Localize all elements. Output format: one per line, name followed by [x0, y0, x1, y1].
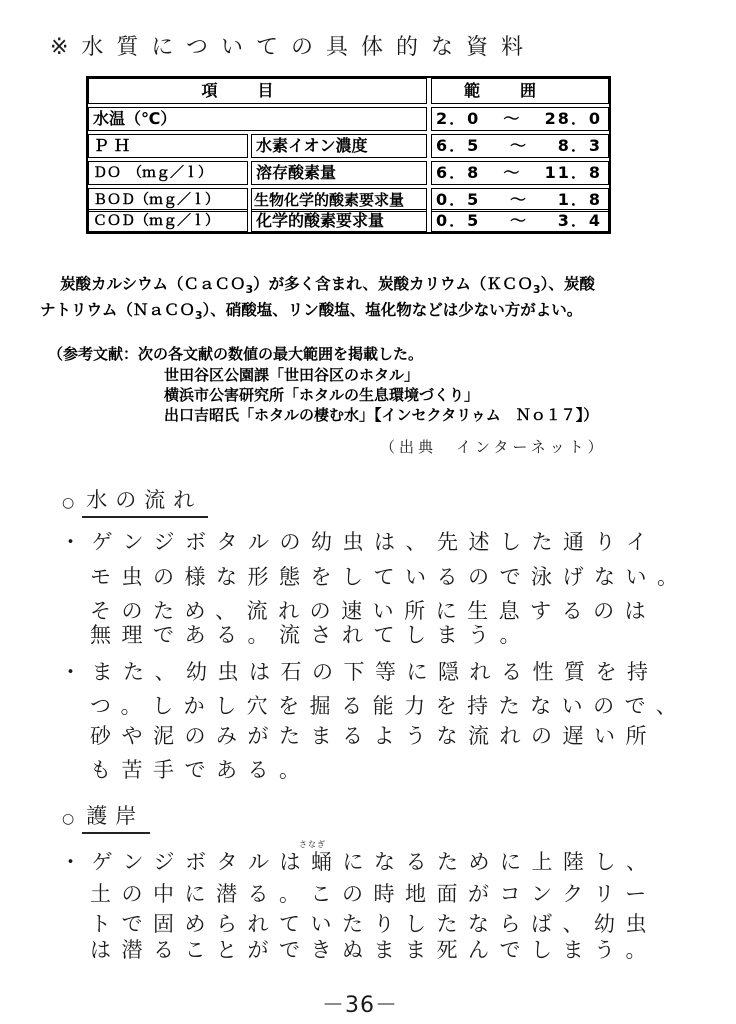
section-heading-revetment: ○護岸 — [62, 806, 150, 827]
section-title: 護岸 — [82, 804, 150, 834]
text-line: は潜ることができぬまま死んでしまう。 — [90, 940, 657, 961]
table-row-temp-range: 2．0 ～ 28．0 — [431, 107, 609, 131]
table-row-do-desc: 溶存酸素量 — [251, 161, 427, 185]
range-min: 0．5 — [436, 192, 480, 208]
range-min: 6．5 — [436, 138, 480, 154]
text-line: モ虫の様な形態をしているので泳げない。 — [90, 567, 689, 588]
subscript: 3 — [245, 283, 253, 296]
range-sep: ～ — [510, 192, 528, 208]
table-row-cod-range: 0．5 ～ 3．4 — [431, 209, 609, 232]
section-title: 水の流れ — [82, 488, 208, 518]
range-max: 1．8 — [558, 192, 602, 208]
table-row-do-name: ＤＯ （ｍｇ／ｌ） — [88, 161, 248, 185]
table-row-temp-name: 水温（℃） — [88, 107, 427, 131]
text-line: つ。しかし穴を掘る能力を持たないので、 — [90, 696, 687, 717]
note-text: ）、炭酸 — [541, 275, 595, 293]
range-sep: ～ — [510, 138, 528, 154]
source-note: （出典 インターネット） — [380, 440, 607, 455]
range-max: 11．8 — [545, 165, 602, 181]
text-line: 土の中に潜る。この時地面がコンクリー — [90, 884, 657, 905]
text-line: そのため、流れの速い所に生息するのは — [90, 601, 656, 622]
text-line: ・ゲンジボタルの幼虫は、先述した通りイ — [60, 532, 658, 553]
range-max: 3．4 — [558, 213, 602, 229]
furigana: さなぎ — [299, 839, 326, 850]
circle-bullet-icon: ○ — [62, 495, 74, 511]
reference-item: 出口吉昭氏「ホタルの棲む水」【インセクタリゥム Ｎｏ１７】） — [164, 408, 598, 423]
table-row-ph-range: 6．5 ～ 8．3 — [431, 134, 609, 158]
table-row-do-range: 6．8 ～ 11．8 — [431, 161, 609, 185]
table-header-item: 項目 — [88, 78, 427, 104]
water-quality-table: 項目 範囲 水温（℃） 2．0 ～ 28．0 ＰＨ 水素イオン濃度 6．5 ～ … — [86, 76, 611, 234]
range-min: 6．8 — [436, 165, 480, 181]
text-line: ・ゲンジボタルは蛹になるために上陸し、 — [60, 852, 658, 873]
table-row-ph-name: ＰＨ — [88, 134, 248, 158]
text-line: 無理である。流されてしまう。 — [90, 625, 531, 646]
circle-bullet-icon: ○ — [62, 811, 74, 827]
document-title: ※水質についての具体的な資料 — [50, 30, 536, 61]
note-text: ）、硝酸塩、リン酸塩、塩化物などは少ない方がよい。 — [203, 301, 583, 319]
range-max: 28．0 — [545, 111, 602, 127]
table-row-cod-desc: 化学的酸素要求量 — [251, 209, 427, 232]
table-header-range: 範囲 — [431, 78, 609, 104]
page-number: －36－ — [322, 988, 398, 1019]
text-line: 砂や泥のみがたまるような流れの遅い所 — [90, 726, 657, 747]
section-heading-water-flow: ○水の流れ — [62, 490, 208, 511]
note-line-2: ナトリウム（ＮａＣＯ3）、硝酸塩、リン酸塩、塩化物などは少ない方がよい。 — [40, 303, 582, 321]
subscript: 3 — [195, 309, 203, 322]
note-text: 炭酸カルシウム（ＣａＣＯ — [60, 275, 245, 293]
subscript: 3 — [533, 283, 541, 296]
text-line: ・また、幼虫は石の下等に隠れる性質を持 — [60, 662, 659, 683]
table-row-ph-desc: 水素イオン濃度 — [251, 134, 427, 158]
note-text: ）が多く含まれ、炭酸カリウム（ＫＣＯ — [253, 275, 533, 293]
range-sep: ～ — [503, 111, 521, 127]
reference-item: 世田谷区公園課「世田谷区のホタル」 — [164, 368, 419, 383]
range-min: 0．5 — [436, 213, 480, 229]
range-sep: ～ — [510, 213, 528, 229]
text-line: トで固められていたりしたならば、幼虫 — [90, 914, 657, 935]
text-line: も苦手である。 — [90, 760, 311, 781]
range-sep: ～ — [503, 165, 521, 181]
range-max: 8．3 — [558, 138, 602, 154]
range-min: 2．0 — [436, 111, 480, 127]
reference-item: 横浜市公害研究所「ホタルの生息環境づくり」 — [164, 388, 479, 403]
table-row-cod-name: ＣＯＤ（ｍｇ／ｌ） — [88, 209, 248, 232]
references-intro: （参考文献：次の各文献の数値の最大範囲を掲載した。 — [48, 347, 423, 362]
note-text: ナトリウム（ＮａＣＯ — [40, 301, 195, 319]
note-line-1: 炭酸カルシウム（ＣａＣＯ3）が多く含まれ、炭酸カリウム（ＫＣＯ3）、炭酸 — [60, 277, 595, 295]
